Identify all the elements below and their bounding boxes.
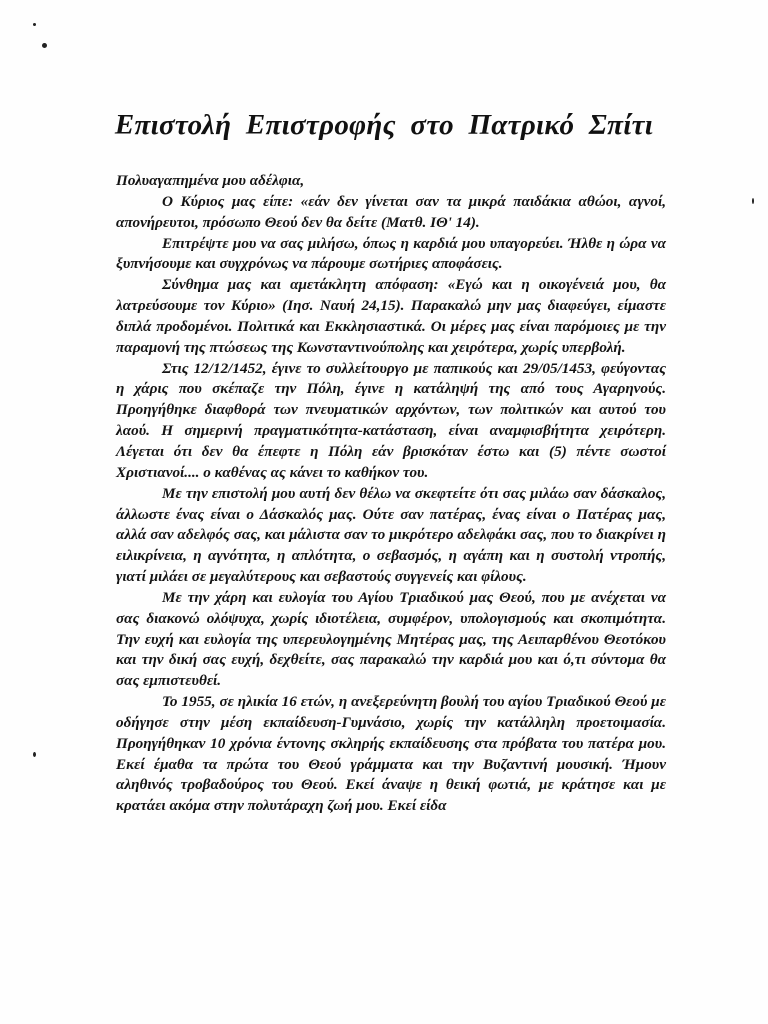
scan-speck [33, 752, 36, 757]
paragraph: Σύνθημα μας και αμετάκλητη απόφαση: «Εγώ… [116, 275, 666, 358]
paragraph: Το 1955, σε ηλικία 16 ετών, η ανεξερεύνη… [116, 692, 666, 817]
scan-speck [752, 198, 754, 204]
paragraph: Επιτρέψτε μου να σας μιλήσω, όπως η καρδ… [116, 234, 666, 276]
paragraph: Στις 12/12/1452, έγινε το συλλείτουργο μ… [116, 359, 666, 484]
scan-speck [33, 23, 36, 26]
paragraph: Ο Κύριος μας είπε: «εάν δεν γίνεται σαν … [116, 192, 666, 234]
paragraph: Με την χάρη και ευλογία του Αγίου Τριαδι… [116, 588, 666, 692]
scanned-page: Επιστολή Επιστροφής στο Πατρικό Σπίτι Πο… [0, 0, 768, 1024]
letter-body: Πολυαγαπημένα μου αδέλφια, Ο Κύριος μας … [116, 171, 666, 817]
salutation: Πολυαγαπημένα μου αδέλφια, [116, 171, 666, 192]
scan-speck [42, 43, 47, 48]
document-title: Επιστολή Επιστροφής στο Πατρικό Σπίτι [0, 109, 768, 142]
paragraph: Με την επιστολή μου αυτή δεν θέλω να σκε… [116, 484, 666, 588]
